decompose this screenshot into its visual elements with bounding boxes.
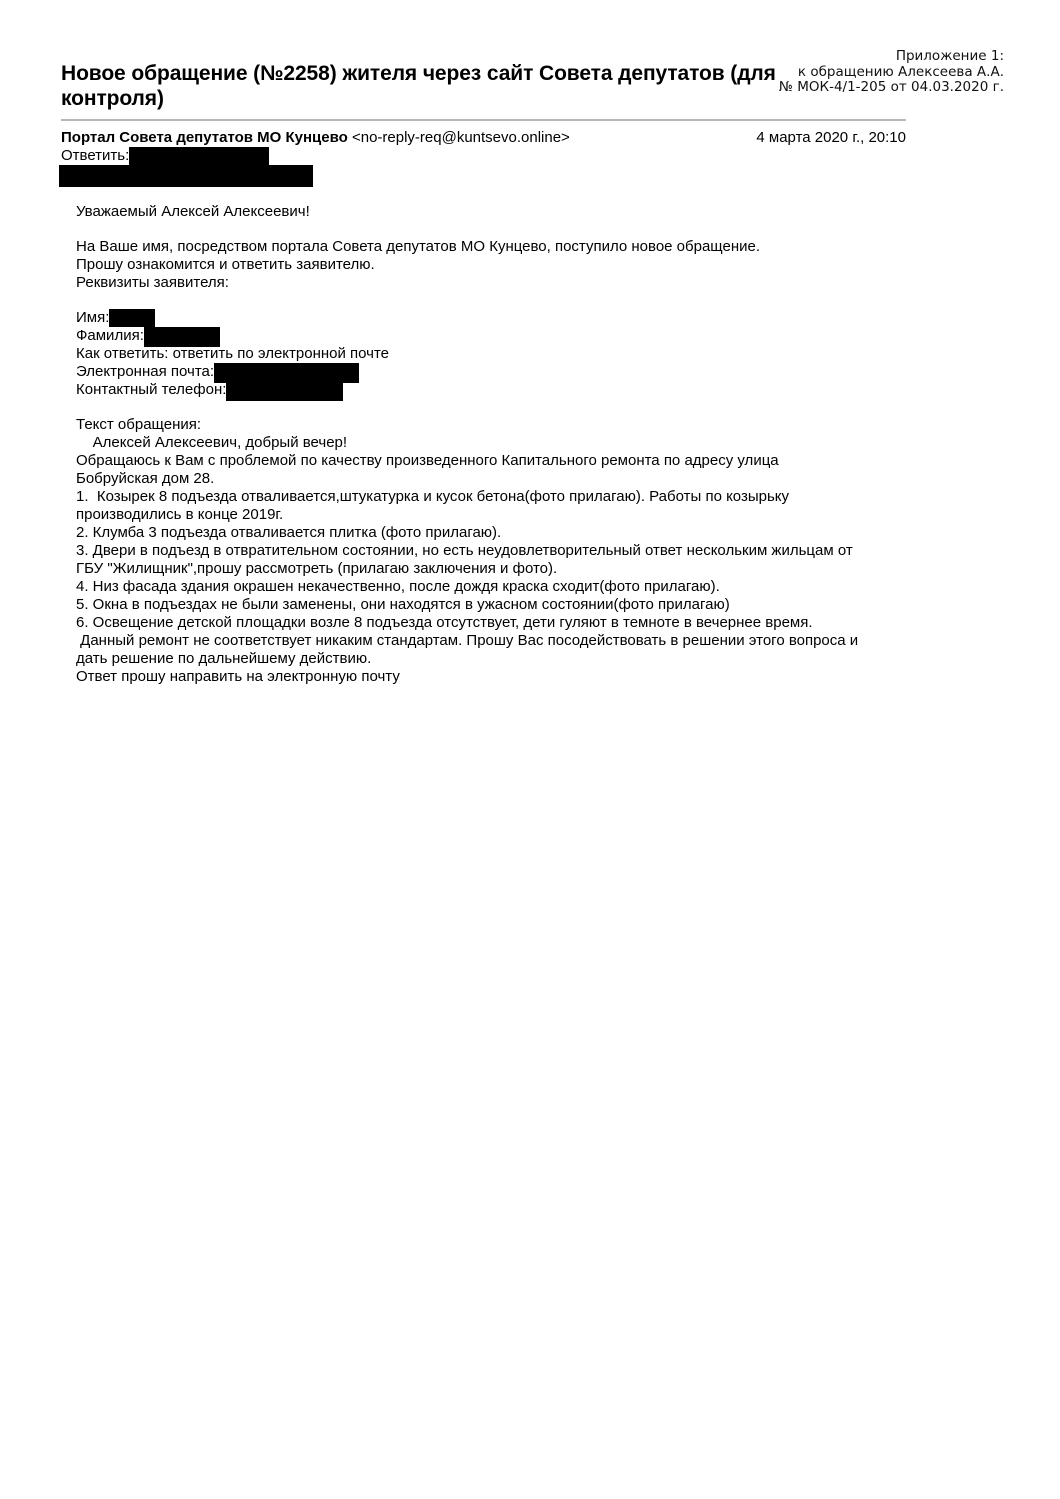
intro-line: Реквизиты заявителя:	[76, 274, 906, 292]
how-to-reply: Как ответить: ответить по электронной по…	[76, 345, 389, 362]
email-subject: Новое обращение (№2258) жителя через сай…	[61, 61, 821, 111]
email-redaction	[214, 363, 359, 383]
intro-line: На Ваше имя, посредством портала Совета …	[76, 238, 906, 256]
appeal-line: 4. Низ фасада здания окрашен некачествен…	[76, 578, 906, 596]
phone-redaction	[226, 381, 343, 401]
appeal-line: Данный ремонт не соответствует никаким с…	[76, 632, 906, 650]
header-divider	[61, 119, 906, 121]
surname-redaction	[144, 327, 220, 347]
name-redaction	[109, 309, 155, 327]
field-how-to-reply: Как ответить: ответить по электронной по…	[76, 345, 906, 363]
reply-to-redaction	[129, 147, 269, 165]
intro-line: Прошу ознакомится и ответить заявителю.	[76, 256, 906, 274]
appeal-line: 1. Козырек 8 подъезда отваливается,штука…	[76, 488, 906, 506]
field-phone: Контактный телефон:	[76, 381, 906, 399]
subject-line-1: Новое обращение (№2258) жителя через сай…	[61, 61, 821, 86]
subject-line-2: контроля)	[61, 86, 821, 111]
appeal-line: 5. Окна в подъездах не были заменены, он…	[76, 596, 906, 614]
field-email: Электронная почта:	[76, 363, 906, 381]
appeal-text: Алексей Алексеевич, добрый вечер! Обраща…	[76, 434, 906, 686]
appeal-line: Бобруйская дом 28.	[76, 470, 906, 488]
appeal-line: производились в конце 2019г.	[76, 506, 906, 524]
appeal-line: 2. Клумба 3 подъезда отваливается плитка…	[76, 524, 906, 542]
appeal-label: Текст обращения:	[76, 416, 906, 434]
appeal-line: Обращаюсь к Вам с проблемой по качеству …	[76, 452, 906, 470]
reply-to-row: Ответить:	[61, 147, 906, 165]
email-meta: Портал Совета депутатов МО Кунцево <no-r…	[61, 129, 906, 165]
field-surname: Фамилия:	[76, 327, 906, 345]
surname-label: Фамилия:	[76, 327, 144, 344]
sender-name: Портал Совета депутатов МО Кунцево	[61, 129, 348, 146]
appeal-line: Алексей Алексеевич, добрый вечер!	[76, 434, 906, 452]
appeal-line: Ответ прошу направить на электронную поч…	[76, 668, 906, 686]
appeal-line: 6. Освещение детской площадки возле 8 по…	[76, 614, 906, 632]
appeal-line: ГБУ "Жилищник",прошу рассмотреть (прилаг…	[76, 560, 906, 578]
field-name: Имя:	[76, 309, 906, 327]
reply-to-label: Ответить:	[61, 147, 129, 164]
phone-label: Контактный телефон:	[76, 381, 226, 398]
sender-row: Портал Совета депутатов МО Кунцево <no-r…	[61, 129, 906, 147]
appeal-line: 3. Двери в подъезд в отвратительном сост…	[76, 542, 906, 560]
reply-to-redaction-2	[59, 165, 313, 187]
sent-date: 4 марта 2020 г., 20:10	[756, 129, 906, 147]
name-label: Имя:	[76, 309, 109, 326]
email-body: Уважаемый Алексей Алексеевич! На Ваше им…	[76, 203, 906, 686]
email-label: Электронная почта:	[76, 363, 214, 380]
appeal-line: дать решение по дальнейшему действию.	[76, 650, 906, 668]
greeting: Уважаемый Алексей Алексеевич!	[76, 203, 906, 221]
sender-address[interactable]: <no-reply-req@kuntsevo.online>	[352, 129, 570, 146]
